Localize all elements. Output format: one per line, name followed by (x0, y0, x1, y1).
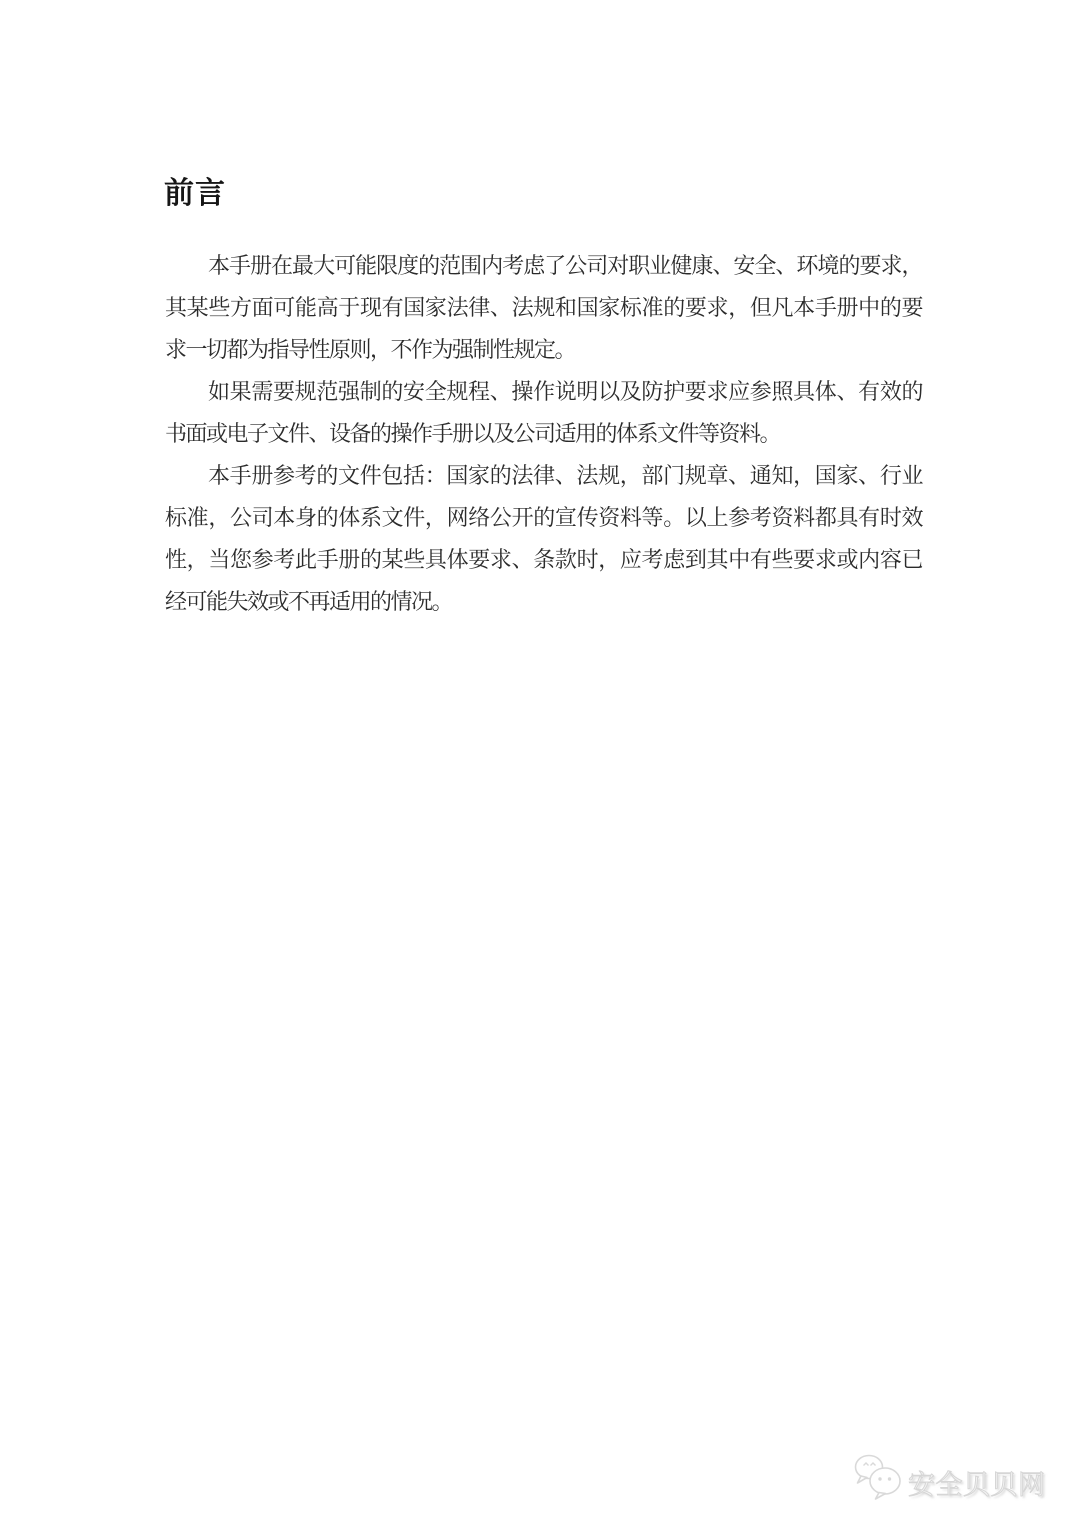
paragraph: 本手册在最大可能限度的范围内考虑了公司对职业健康、安全、环境的要求，其某些方面可… (165, 245, 922, 371)
text-line: 如果需要规范强制的安全规程、操作说明以及防护要求应参照具体、有效的 (165, 371, 922, 413)
watermark-site-name: 安全贝贝网 (908, 1463, 1046, 1502)
wechat-chat-bubbles-icon (853, 1453, 903, 1506)
paragraph: 本手册参考的文件包括：国家的法律、法规，部门规章、通知，国家、行业标准，公司本身… (165, 455, 922, 623)
body-text: 本手册在最大可能限度的范围内考虑了公司对职业健康、安全、环境的要求，其某些方面可… (165, 245, 922, 623)
text-line: 本手册参考的文件包括：国家的法律、法规，部门规章、通知，国家、行业 (165, 455, 922, 497)
text-line: 书面或电子文件、设备的操作手册以及公司适用的体系文件等资料。 (165, 413, 922, 455)
text-line: 标准，公司本身的体系文件，网络公开的宣传资料等。以上参考资料都具有时效 (165, 497, 922, 539)
text-line: 经可能失效或不再适用的情况。 (165, 581, 922, 623)
text-line: 求一切都为指导性原则，不作为强制性规定。 (165, 329, 922, 371)
page-title: 前言 (164, 176, 226, 212)
document-page: 前言 本手册在最大可能限度的范围内考虑了公司对职业健康、安全、环境的要求，其某些… (0, 0, 1080, 1527)
text-line: 本手册在最大可能限度的范围内考虑了公司对职业健康、安全、环境的要求， (165, 245, 922, 287)
text-line: 性，当您参考此手册的某些具体要求、条款时，应考虑到其中有些要求或内容已 (165, 539, 922, 581)
paragraph: 如果需要规范强制的安全规程、操作说明以及防护要求应参照具体、有效的书面或电子文件… (165, 371, 922, 455)
site-watermark: 安全贝贝网 (853, 1453, 1053, 1505)
text-line: 其某些方面可能高于现有国家法律、法规和国家标准的要求，但凡本手册中的要 (165, 287, 922, 329)
